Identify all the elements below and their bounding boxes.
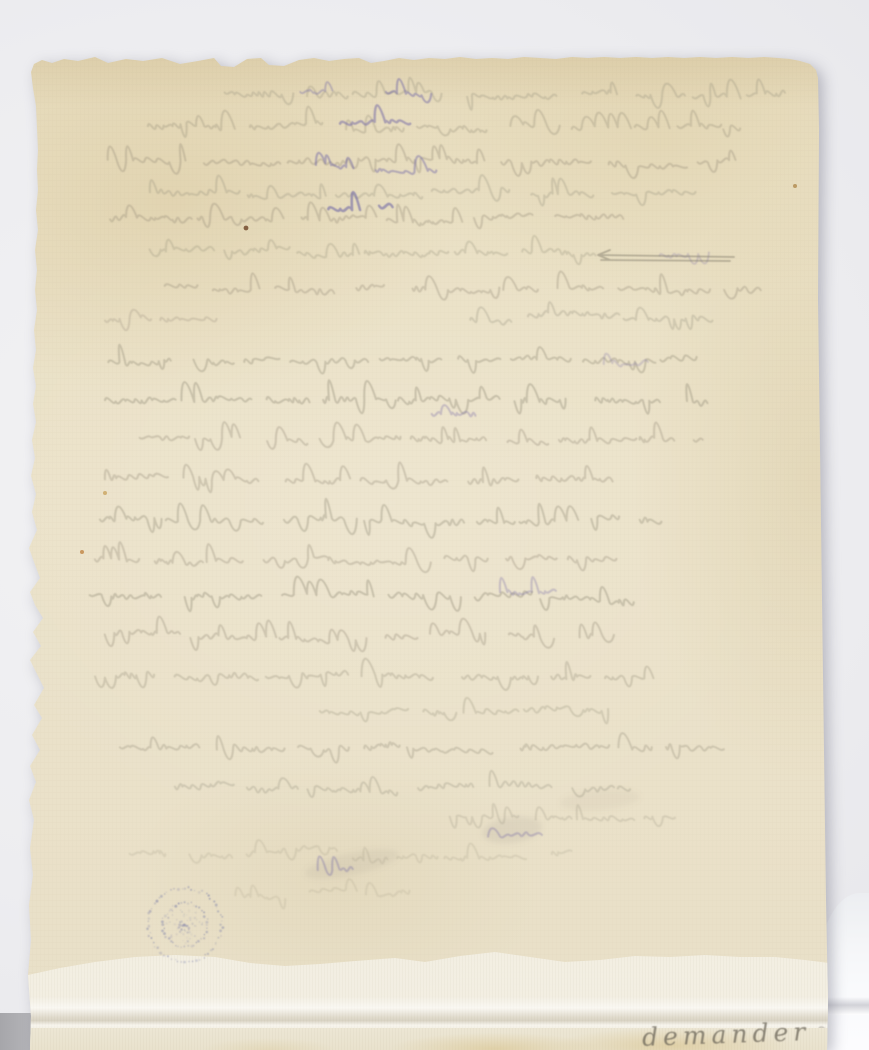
manuscript-page-shadow: demander	[0, 0, 869, 1050]
bleedthrough-lines	[87, 78, 843, 1050]
strikethrough-mark	[598, 250, 734, 261]
purple-ink-marks	[299, 79, 711, 875]
pencil-annotation: demander	[642, 1017, 811, 1050]
ink-smudges	[303, 787, 641, 885]
bleedthrough-handwriting-svg	[0, 0, 869, 1050]
circular-stamp	[146, 886, 224, 963]
manuscript-page: demander	[0, 0, 869, 1050]
foxing-specks	[80, 184, 797, 554]
photo-backdrop: demander	[0, 0, 869, 1050]
